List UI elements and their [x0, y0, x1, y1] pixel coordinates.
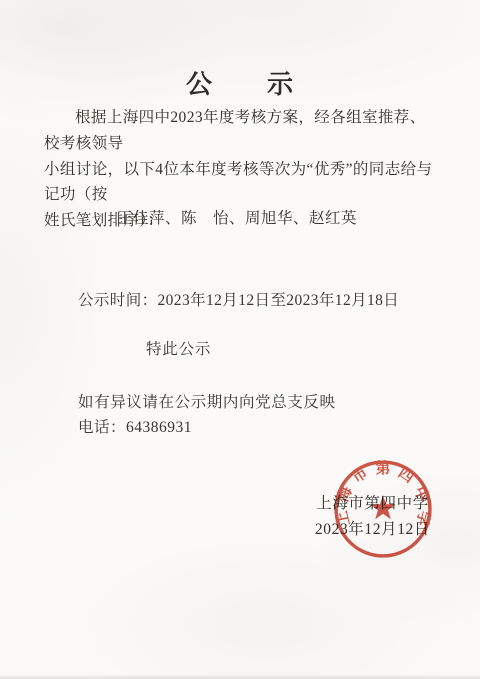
phone-line: 电话：64386931 [78, 415, 192, 437]
signature-block: 上海市第四中学 2023年12月12日 [315, 491, 430, 543]
notice-title: 公 示 [0, 64, 480, 101]
publicity-period-line: 公示时间：2023年12月12日至2023年12月18日 [78, 288, 399, 310]
body-line-2: 小组讨论，以下4位本年度考核等次为“优秀”的同志给与记功（按 [44, 157, 440, 209]
body-line-1: 根据上海四中2023年度考核方案，经各组室推荐、校考核领导 [44, 105, 440, 157]
signature-org: 上海市第四中学 [315, 491, 430, 517]
objection-contact-line: 如有异议请在公示期内向党总支反映 [78, 390, 336, 412]
closing-line: 特此公示 [146, 337, 211, 359]
awarded-names-line: 王佳萍、陈 怡、周旭华、赵红英 [0, 206, 474, 228]
signature-date: 2023年12月12日 [315, 517, 430, 543]
announcement-document: 公 示 根据上海四中2023年度考核方案，经各组室推荐、校考核领导 小组讨论，以… [0, 0, 480, 679]
